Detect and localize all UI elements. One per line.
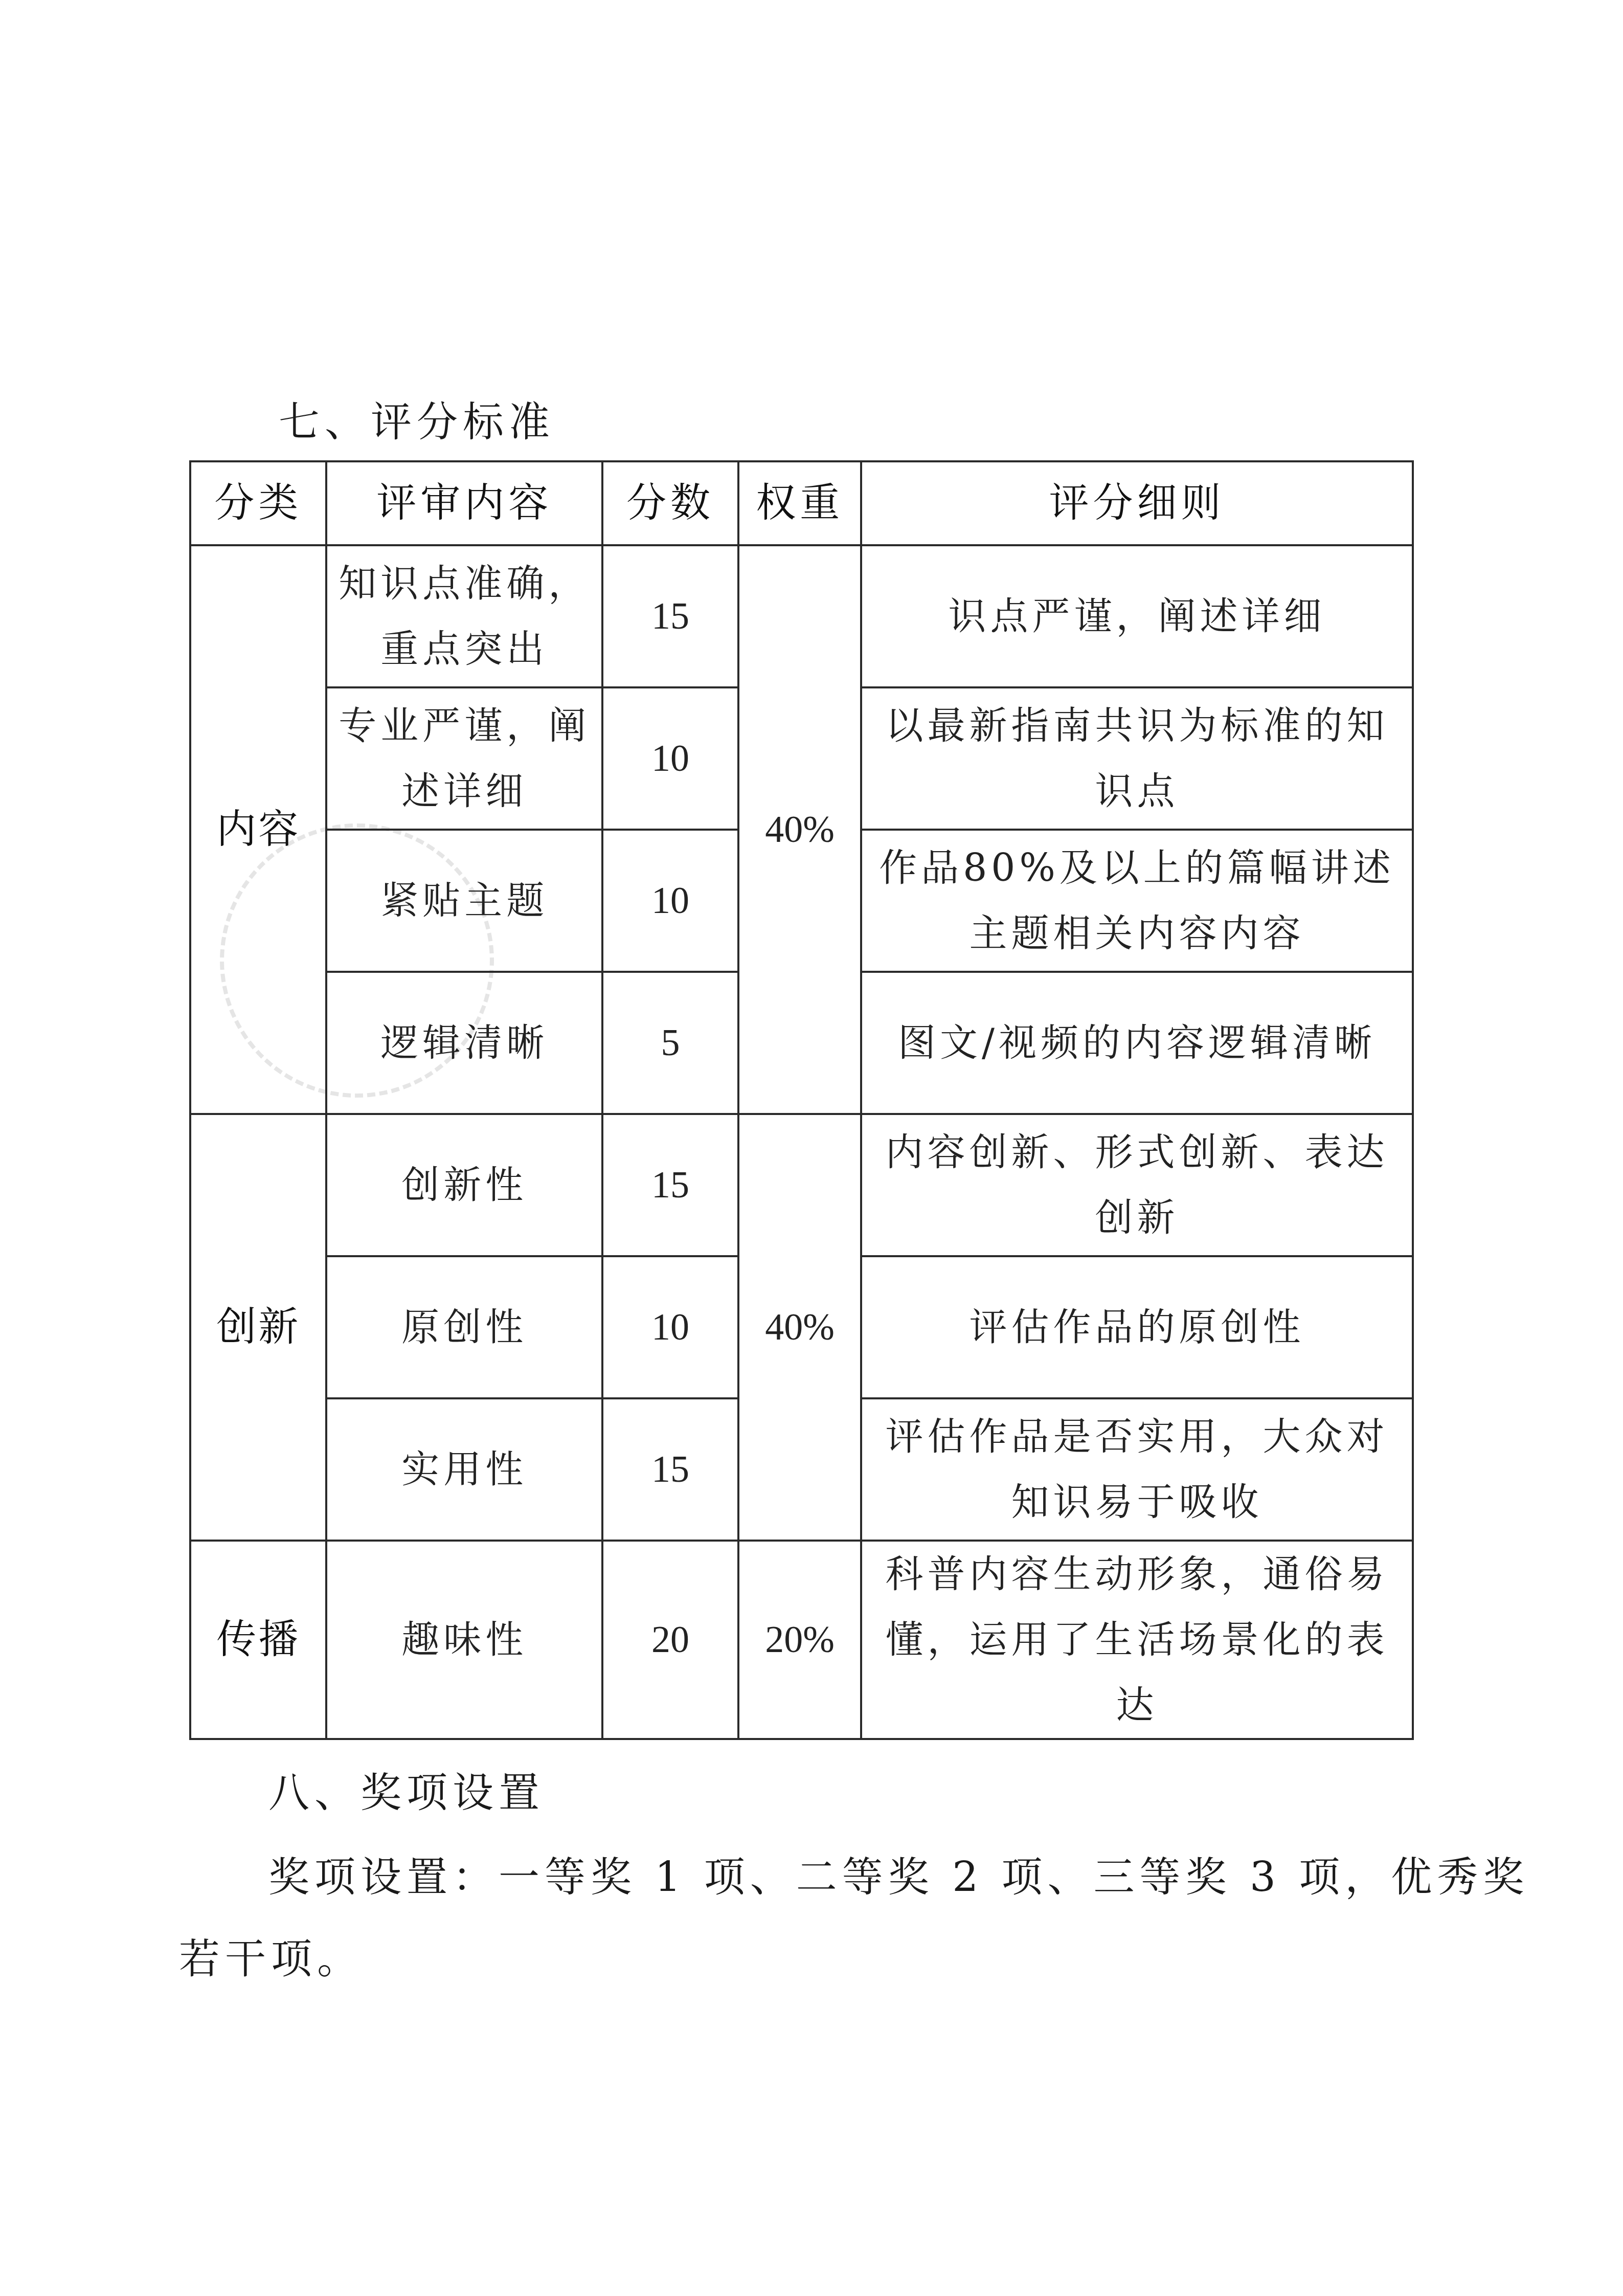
awards-paragraph-line-1: 奖项设置：一等奖 1 项、二等奖 2 项、三等奖 3 项，优秀奖 [268,1836,1529,1918]
section-heading-awards: 八、奖项设置 [268,1759,545,1818]
detail-cell: 识点严谨，阐述详细 [861,545,1413,687]
table-row: 创新 创新性 15 40% 内容创新、形式创新、表达创新 [190,1114,1413,1256]
item-cell: 专业严谨，阐述详细 [326,687,602,830]
score-cell: 20 [602,1541,738,1739]
weight-cell: 20% [738,1541,861,1739]
item-cell: 原创性 [326,1256,602,1398]
detail-cell: 作品80%及以上的篇幅讲述主题相关内容内容 [861,830,1413,972]
category-cell: 传播 [190,1541,326,1739]
item-cell: 趣味性 [326,1541,602,1739]
item-cell: 创新性 [326,1114,602,1256]
table-header-row: 分类 评审内容 分数 权重 评分细则 [190,461,1413,545]
item-cell: 逻辑清晰 [326,972,602,1114]
header-category: 分类 [190,461,326,545]
section-heading-scoring-criteria: 七、评分标准 [279,389,555,448]
score-cell: 15 [602,1114,738,1256]
item-cell: 紧贴主题 [326,830,602,972]
detail-cell: 图文/视频的内容逻辑清晰 [861,972,1413,1114]
category-cell: 创新 [190,1114,326,1541]
weight-cell: 40% [738,545,861,1114]
score-cell: 5 [602,972,738,1114]
awards-paragraph-line-2: 若干项。 [179,1918,363,2000]
category-cell: 内容 [190,545,326,1114]
detail-cell: 以最新指南共识为标准的知识点 [861,687,1413,830]
weight-cell: 40% [738,1114,861,1541]
header-score: 分数 [602,461,738,545]
score-cell: 10 [602,687,738,830]
detail-cell: 科普内容生动形象，通俗易懂，运用了生活场景化的表达 [861,1541,1413,1739]
header-review-content: 评审内容 [326,461,602,545]
scoring-criteria-table: 分类 评审内容 分数 权重 评分细则 内容 知识点准确，重点突出 15 40% … [189,460,1414,1740]
detail-cell: 评估作品的原创性 [861,1256,1413,1398]
item-cell: 知识点准确，重点突出 [326,545,602,687]
table-row: 内容 知识点准确，重点突出 15 40% 识点严谨，阐述详细 [190,545,1413,687]
item-cell: 实用性 [326,1398,602,1541]
score-cell: 15 [602,1398,738,1541]
score-cell: 10 [602,1256,738,1398]
detail-cell: 内容创新、形式创新、表达创新 [861,1114,1413,1256]
header-scoring-details: 评分细则 [861,461,1413,545]
detail-cell: 评估作品是否实用，大众对知识易于吸收 [861,1398,1413,1541]
score-cell: 15 [602,545,738,687]
score-cell: 10 [602,830,738,972]
table-row: 传播 趣味性 20 20% 科普内容生动形象，通俗易懂，运用了生活场景化的表达 [190,1541,1413,1739]
header-weight: 权重 [738,461,861,545]
